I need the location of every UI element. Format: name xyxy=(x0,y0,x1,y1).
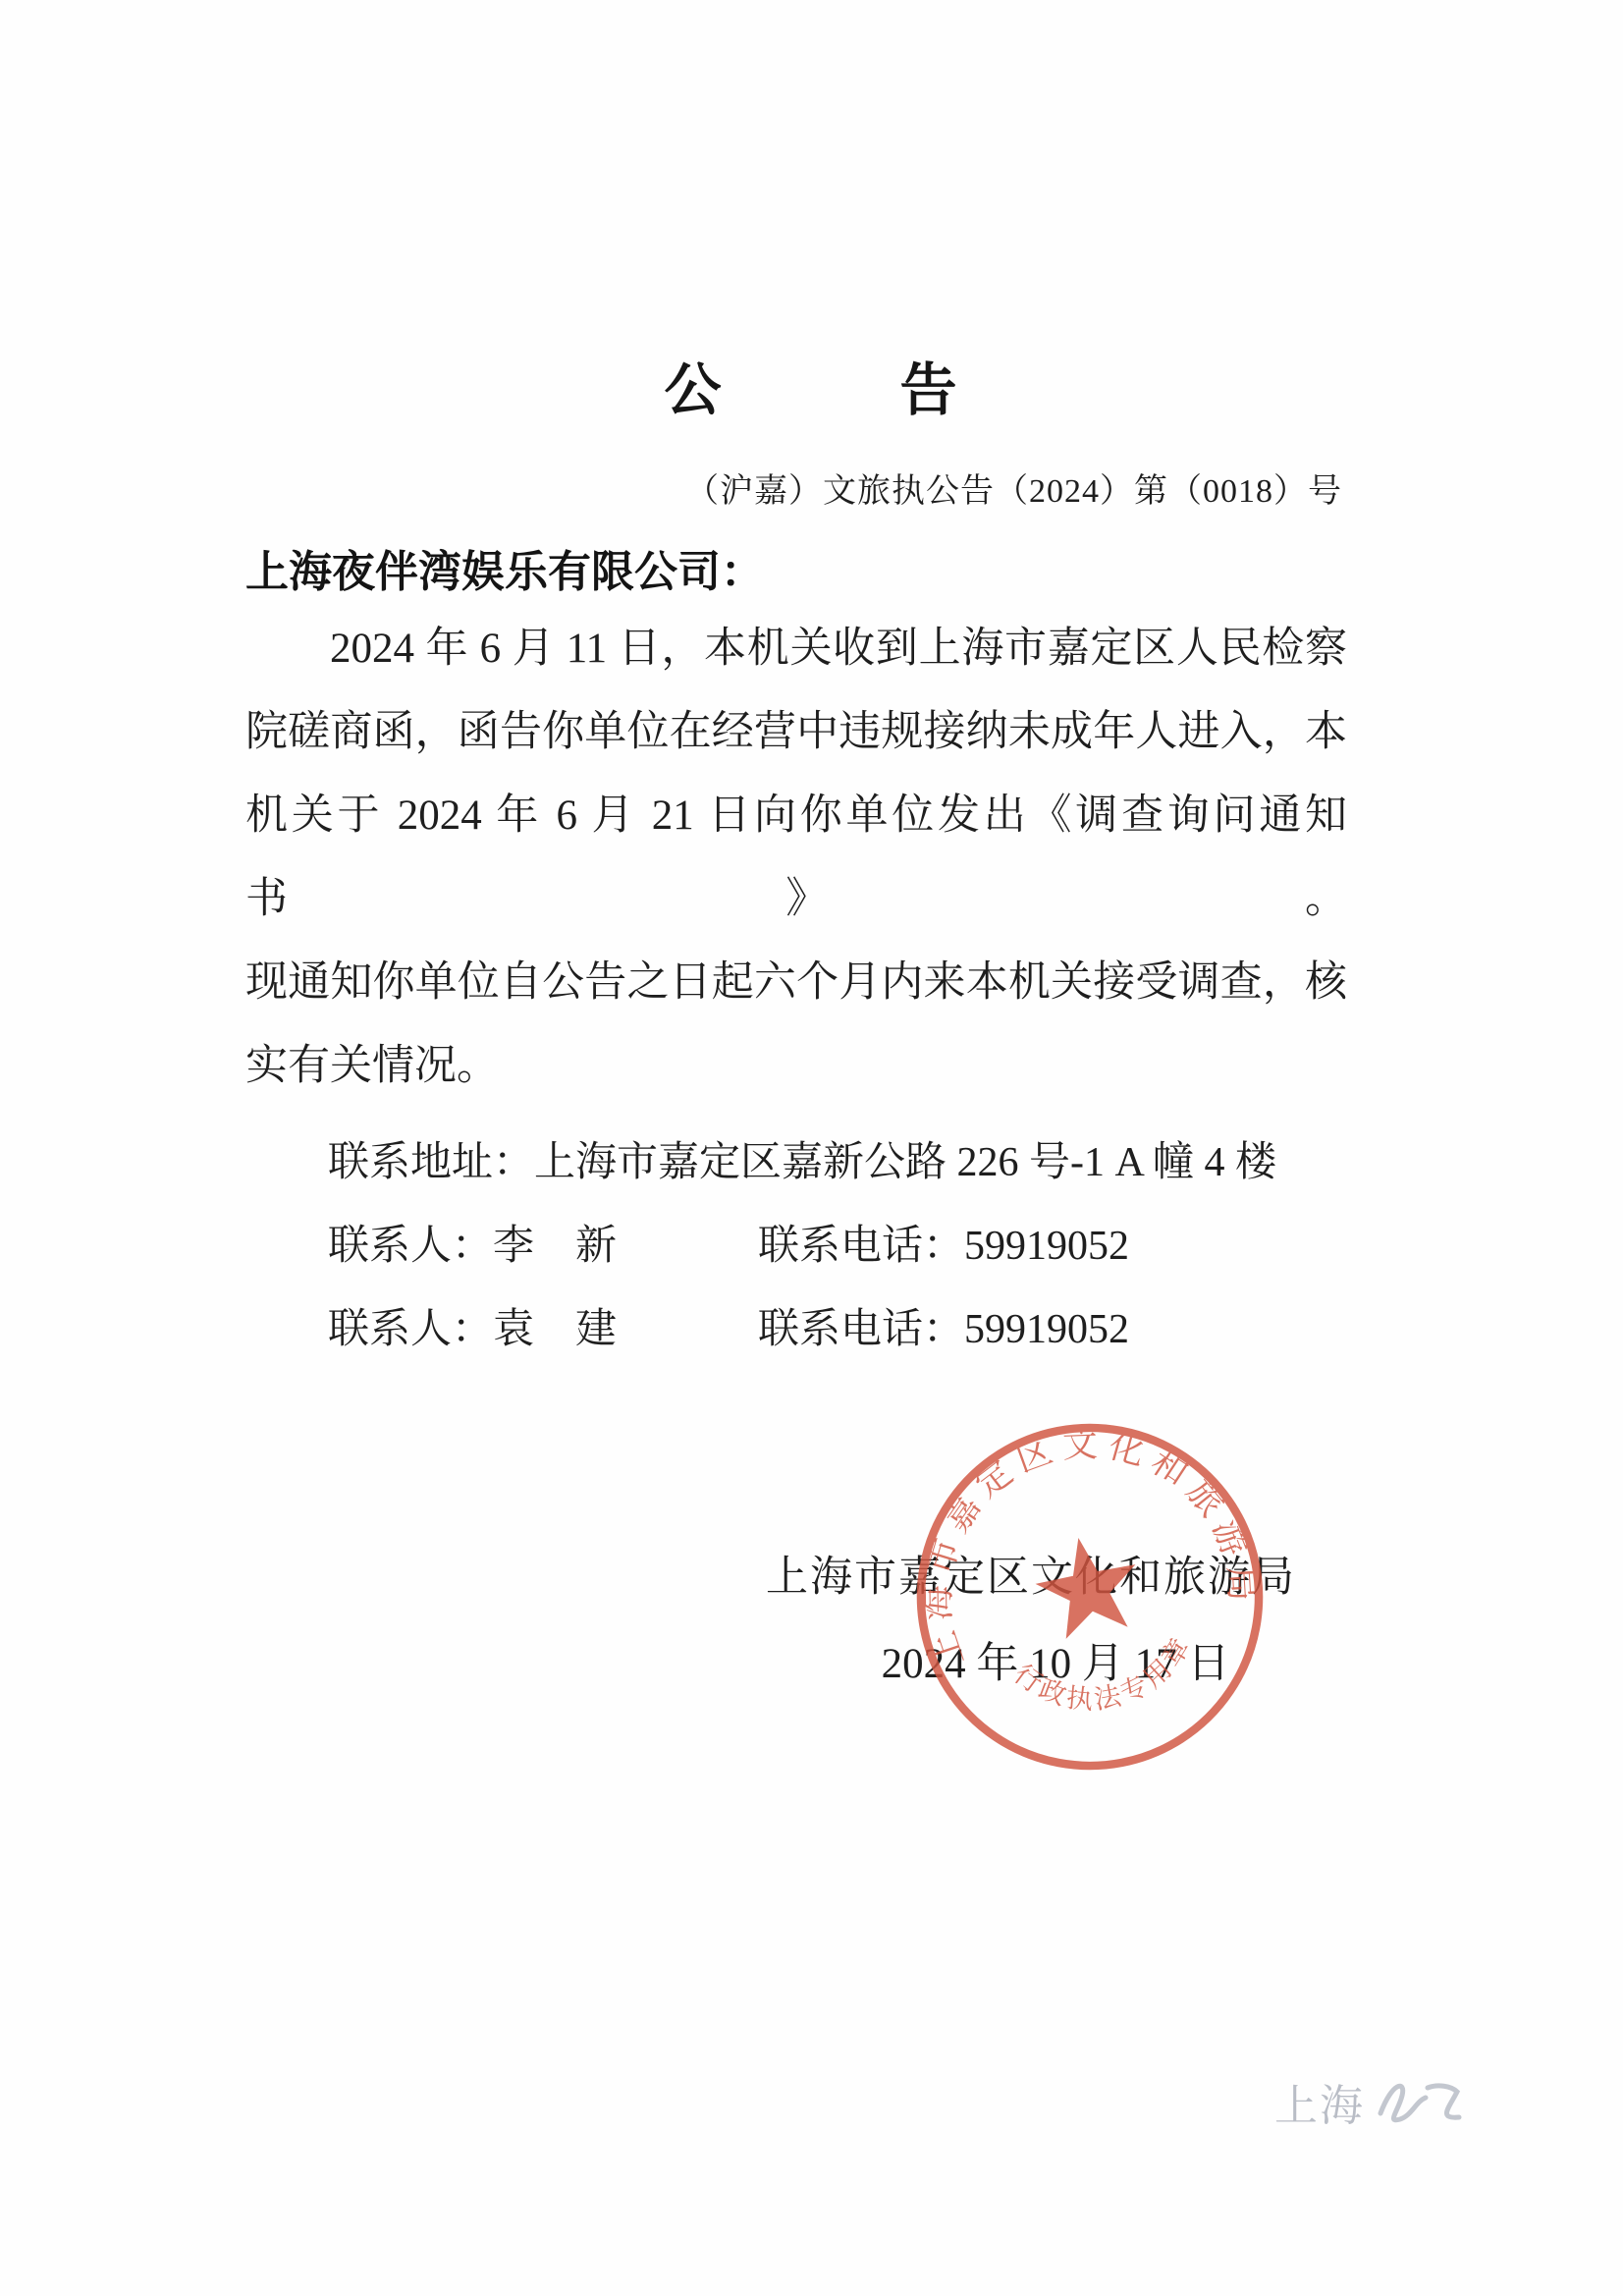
body-line: 机关于 2024 年 6 月 21 日向你单位发出《调查询问通知书》。 xyxy=(245,774,1347,941)
contact-address-label: 联系地址： xyxy=(328,1140,534,1185)
body-line: 实有关情况。 xyxy=(245,1024,1347,1108)
watermark-text: 上海 xyxy=(1274,2070,1365,2133)
contact-address-value: 上海市嘉定区嘉新公路 226 号-1 A 幢 4 楼 xyxy=(534,1140,1276,1185)
contact-person-label: 联系人： xyxy=(328,1224,493,1269)
addressee-line: 上海夜伴湾娱乐有限公司： xyxy=(245,536,764,599)
notice-body: 2024 年 6 月 11 日，本机关收到上海市嘉定区人民检察 院磋商函，函告你… xyxy=(245,607,1347,1108)
document-number: （沪嘉）文旅执公告（2024）第（0018）号 xyxy=(685,464,1342,512)
contact-person-name: 李 新 xyxy=(493,1224,617,1269)
body-line: 院磋商函，函告你单位在经营中违规接纳未成年人进入，本 xyxy=(245,690,1347,774)
contact-person-row: 联系人：李 新联系电话：59919052 xyxy=(328,1205,1276,1288)
body-line: 2024 年 6 月 11 日，本机关收到上海市嘉定区人民检察 xyxy=(245,607,1347,690)
contact-phone-label: 联系电话： xyxy=(758,1307,964,1352)
body-line: 现通知你单位自公告之日起六个月内来本机关接受调查，核 xyxy=(245,941,1347,1024)
contact-phone-value: 59919052 xyxy=(964,1224,1129,1269)
contact-phone-label: 联系电话： xyxy=(758,1224,964,1269)
page-title: 公 告 xyxy=(0,344,1623,426)
notice-document-page: 公 告 （沪嘉）文旅执公告（2024）第（0018）号 上海夜伴湾娱乐有限公司：… xyxy=(0,0,1623,2296)
scan-watermark: 上海 xyxy=(1274,2070,1467,2133)
contact-person-name: 袁 建 xyxy=(493,1307,617,1352)
contact-address-row: 联系地址：上海市嘉定区嘉新公路 226 号-1 A 幢 4 楼 xyxy=(328,1121,1276,1205)
issue-date: 2024 年 10 月 17 日 xyxy=(663,1630,1448,1690)
contact-person-label: 联系人： xyxy=(328,1307,493,1352)
contact-person-row: 联系人：袁 建联系电话：59919052 xyxy=(328,1288,1276,1372)
watermark-script-mark xyxy=(1373,2074,1467,2129)
contact-phone-value: 59919052 xyxy=(964,1307,1129,1352)
issuer-name: 上海市嘉定区文化和旅游局 xyxy=(638,1544,1424,1604)
contact-block: 联系地址：上海市嘉定区嘉新公路 226 号-1 A 幢 4 楼 联系人：李 新联… xyxy=(328,1121,1276,1372)
